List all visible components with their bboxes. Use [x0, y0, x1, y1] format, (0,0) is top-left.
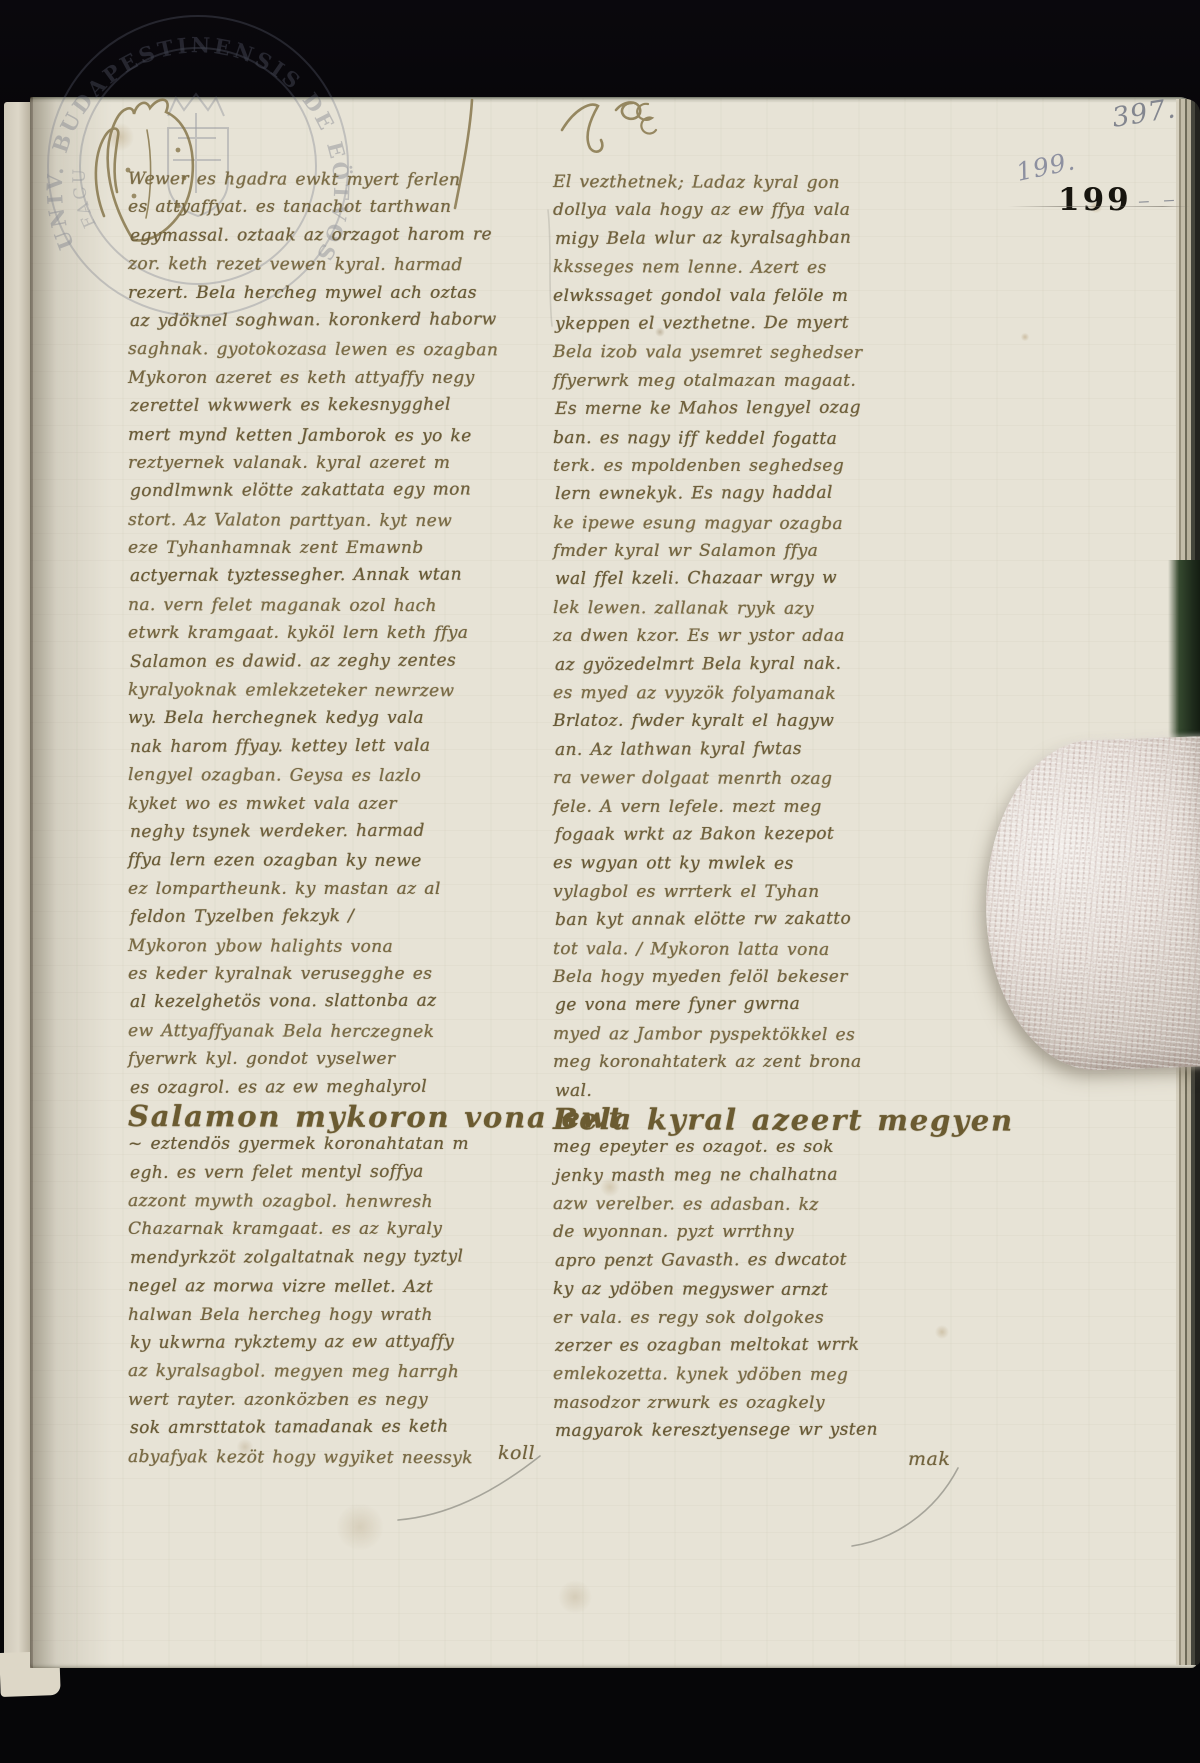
- manuscript-line: apro penzt Gavasth. es dwcatot: [555, 1245, 975, 1275]
- manuscript-line: fmder kyral wr Salamon ffya: [553, 537, 973, 565]
- manuscript-line: es myed az vyyzök folyamanak: [553, 679, 973, 709]
- manuscript-line: reztyernek valanak. kyral azeret m: [128, 449, 544, 477]
- manuscript-line: az gyözedelmrt Bela kyral nak.: [555, 649, 975, 679]
- manuscript-line: es attyaffyat. es tanachot tarthwan: [128, 193, 544, 221]
- manuscript-line: emlekozetta. kynek ydöben meg: [553, 1360, 973, 1390]
- manuscript-line: zerzer es ozagban meltokat wrrk: [555, 1330, 975, 1360]
- manuscript-line: Wewer es hgadra ewkt myert ferlen: [128, 165, 544, 195]
- manuscript-line: ban kyt annak elötte rw zakatto: [555, 904, 975, 934]
- manuscript-line: ffya lern ezen ozagban ky newe: [128, 846, 544, 876]
- manuscript-line: dollya vala hogy az ew ffya vala: [553, 196, 973, 224]
- manuscript-line: ky az ydöben megyswer arnzt: [553, 1275, 973, 1305]
- manuscript-line: kyket wo es mwket vala azer: [128, 790, 544, 818]
- manuscript-line: negel az morwa vizre mellet. Azt: [128, 1272, 544, 1302]
- manuscript-line: tot vala. / Mykoron latta vona: [553, 935, 973, 965]
- manuscript-line: es ozagrol. es az ew meghalyrol: [130, 1072, 546, 1102]
- manuscript-line: meg koronahtaterk az zent brona: [553, 1048, 973, 1076]
- manuscript-line: ~ eztendös gyermek koronahtatan m: [128, 1130, 544, 1158]
- manuscript-line: migy Bela wlur az kyralsaghban: [555, 223, 975, 253]
- manuscript-line: wal.: [555, 1075, 975, 1105]
- page-number-printed: 199: [1058, 182, 1132, 218]
- manuscript-line: ban. es nagy iff keddel fogatta: [553, 424, 973, 454]
- svg-text:FACU: FACU: [70, 166, 101, 230]
- manuscript-heading: Salamon mykoron vona ewt: [128, 1102, 544, 1132]
- manuscript-line: ra vewer dolgaat menrth ozag: [553, 764, 973, 794]
- manuscript-line: Bela hogy myeden felöl bekeser: [553, 963, 973, 991]
- manuscript-line: fyerwrk kyl. gondot vyselwer: [128, 1045, 544, 1073]
- manuscript-line: saghnak. gyotokozasa lewen es ozagban: [128, 335, 544, 365]
- manuscript-photo: UNIV. BUDAPESTINENSIS DE EÖTVÖS FACU We: [0, 0, 1200, 1763]
- manuscript-line: ew Attyaffyanak Bela herczegnek: [128, 1017, 544, 1047]
- manuscript-line: wy. Bela herchegnek kedyg vala: [128, 704, 544, 732]
- manuscript-line: ky ukwrna rykztemy az ew attyaffy: [130, 1327, 546, 1357]
- manuscript-line: mert mynd ketten Jamborok es yo ke: [128, 421, 544, 451]
- manuscript-line: al kezelghetös vona. slattonba az: [130, 987, 546, 1017]
- manuscript-line: zerettel wkwwerk es kekesnygghel: [130, 390, 546, 420]
- catchword-left: koll: [498, 1442, 535, 1464]
- manuscript-line: stort. Az Valaton parttyan. kyt new: [128, 506, 544, 536]
- manuscript-line: fele. A vern lefele. mezt meg: [553, 793, 973, 821]
- manuscript-line: Mykoron azeret es keth attyaffy negy: [128, 364, 544, 392]
- manuscript-line: jenky masth meg ne chalhatna: [555, 1160, 975, 1190]
- manuscript-line: es keder kyralnak verusegghe es: [128, 960, 544, 988]
- manuscript-line: ykeppen el vezthetne. De myert: [555, 308, 975, 338]
- manuscript-line: lern ewnekyk. Es nagy haddal: [555, 478, 975, 508]
- manuscript-line: egymassal. oztaak az orzagot harom re: [130, 220, 546, 250]
- manuscript-line: feldon Tyzelben fekzyk /: [130, 901, 546, 931]
- manuscript-line: Brlatoz. fwder kyralt el hagyw: [553, 707, 973, 735]
- manuscript-line: masodzor zrwurk es ozagkely: [553, 1389, 973, 1417]
- manuscript-line: actyernak tyztessegher. Annak wtan: [130, 561, 546, 591]
- pencil-dashes: ‒ ‒: [1137, 189, 1179, 212]
- manuscript-line: rezert. Bela hercheg mywel ach oztas: [128, 279, 544, 307]
- manuscript-line: lek lewen. zallanak ryyk azy: [553, 594, 973, 624]
- manuscript-line: azw verelber. es adasban. kz: [553, 1190, 973, 1220]
- manuscript-line: fogaak wrkt az Bakon kezepot: [555, 819, 975, 849]
- manuscript-line: egh. es vern felet mentyl soffya: [130, 1157, 546, 1187]
- manuscript-line: nak harom ffyay. kettey lett vala: [130, 731, 546, 761]
- manuscript-line: az ydöknel soghwan. koronkerd haborw: [130, 305, 546, 335]
- manuscript-line: eze Tyhanhamnak zent Emawnb: [128, 534, 544, 562]
- manuscript-line: lengyel ozagban. Geysa es lazlo: [128, 761, 544, 791]
- manuscript-line: mendyrkzöt zolgaltatnak negy tyztyl: [130, 1242, 546, 1272]
- manuscript-line: an. Az lathwan kyral fwtas: [555, 734, 975, 764]
- manuscript-heading: Bela kyral azeert megyen: [553, 1105, 973, 1135]
- left-text-column: Wewer es hgadra ewkt myert ferlenes atty…: [128, 165, 544, 1471]
- manuscript-line: kksseges nem lenne. Azert es: [553, 253, 973, 283]
- manuscript-line: neghy tsynek werdeker. harmad: [130, 816, 546, 846]
- manuscript-line: Mykoron ybow halights vona: [128, 932, 544, 962]
- manuscript-line: de wyonnan. pyzt wrrthny: [553, 1218, 973, 1246]
- manuscript-line: zor. keth rezet vewen kyral. harmad: [128, 250, 544, 280]
- manuscript-line: Salamon es dawid. az zeghy zentes: [130, 646, 546, 676]
- manuscript-line: terk. es mpoldenben seghedseg: [553, 452, 973, 480]
- manuscript-line: sok amrsttatok tamadanak es keth: [130, 1412, 546, 1442]
- manuscript-line: abyafyak kezöt hogy wgyiket neessyk: [128, 1443, 544, 1473]
- manuscript-line: vylagbol es wrrterk el Tyhan: [553, 878, 973, 906]
- manuscript-line: Es merne ke Mahos lengyel ozag: [555, 393, 975, 423]
- manuscript-line: ke ipewe esung magyar ozagba: [553, 509, 973, 539]
- manuscript-line: wert rayter. azonközben es negy: [128, 1386, 544, 1414]
- catchword-right: mak: [908, 1448, 950, 1470]
- manuscript-line: azzont mywth ozagbol. henwresh: [128, 1187, 544, 1217]
- manuscript-line: gondlmwnk elötte zakattata egy mon: [130, 475, 546, 505]
- manuscript-line: kyralyoknak emlekzeteker newrzew: [128, 676, 544, 706]
- manuscript-line: magyarok keresztyensege wr ysten: [555, 1415, 975, 1445]
- manuscript-line: na. vern felet maganak ozol hach: [128, 591, 544, 621]
- manuscript-line: elwkssaget gondol vala felöle m: [553, 282, 973, 310]
- manuscript-line: ez lompartheunk. ky mastan az al: [128, 875, 544, 903]
- manuscript-line: er vala. es regy sok dolgokes: [553, 1304, 973, 1332]
- manuscript-line: meg epeyter es ozagot. es sok: [553, 1133, 973, 1161]
- manuscript-line: ge vona mere fyner gwrna: [555, 989, 975, 1019]
- manuscript-line: myed az Jambor pyspektökkel es: [553, 1020, 973, 1050]
- manuscript-line: ffyerwrk meg otalmazan magaat.: [553, 367, 973, 395]
- stamp-inner-text: FACU: [70, 166, 101, 230]
- manuscript-line: etwrk kramgaat. kyköl lern keth ffya: [128, 619, 544, 647]
- manuscript-line: Chazarnak kramgaat. es az kyraly: [128, 1215, 544, 1243]
- manuscript-line: Bela izob vala ysemret seghedser: [553, 338, 973, 368]
- manuscript-line: wal ffel kzeli. Chazaar wrgy w: [555, 564, 975, 594]
- right-text-column: El vezthetnek; Ladaz kyral gondollya val…: [553, 168, 973, 1446]
- manuscript-line: halwan Bela hercheg hogy wrath: [128, 1301, 544, 1329]
- manuscript-line: El vezthetnek; Ladaz kyral gon: [553, 168, 973, 198]
- manuscript-line: za dwen kzor. Es wr ystor adaa: [553, 622, 973, 650]
- manuscript-line: az kyralsagbol. megyen meg harrgh: [128, 1357, 544, 1387]
- manuscript-line: es wgyan ott ky mwlek es: [553, 849, 973, 879]
